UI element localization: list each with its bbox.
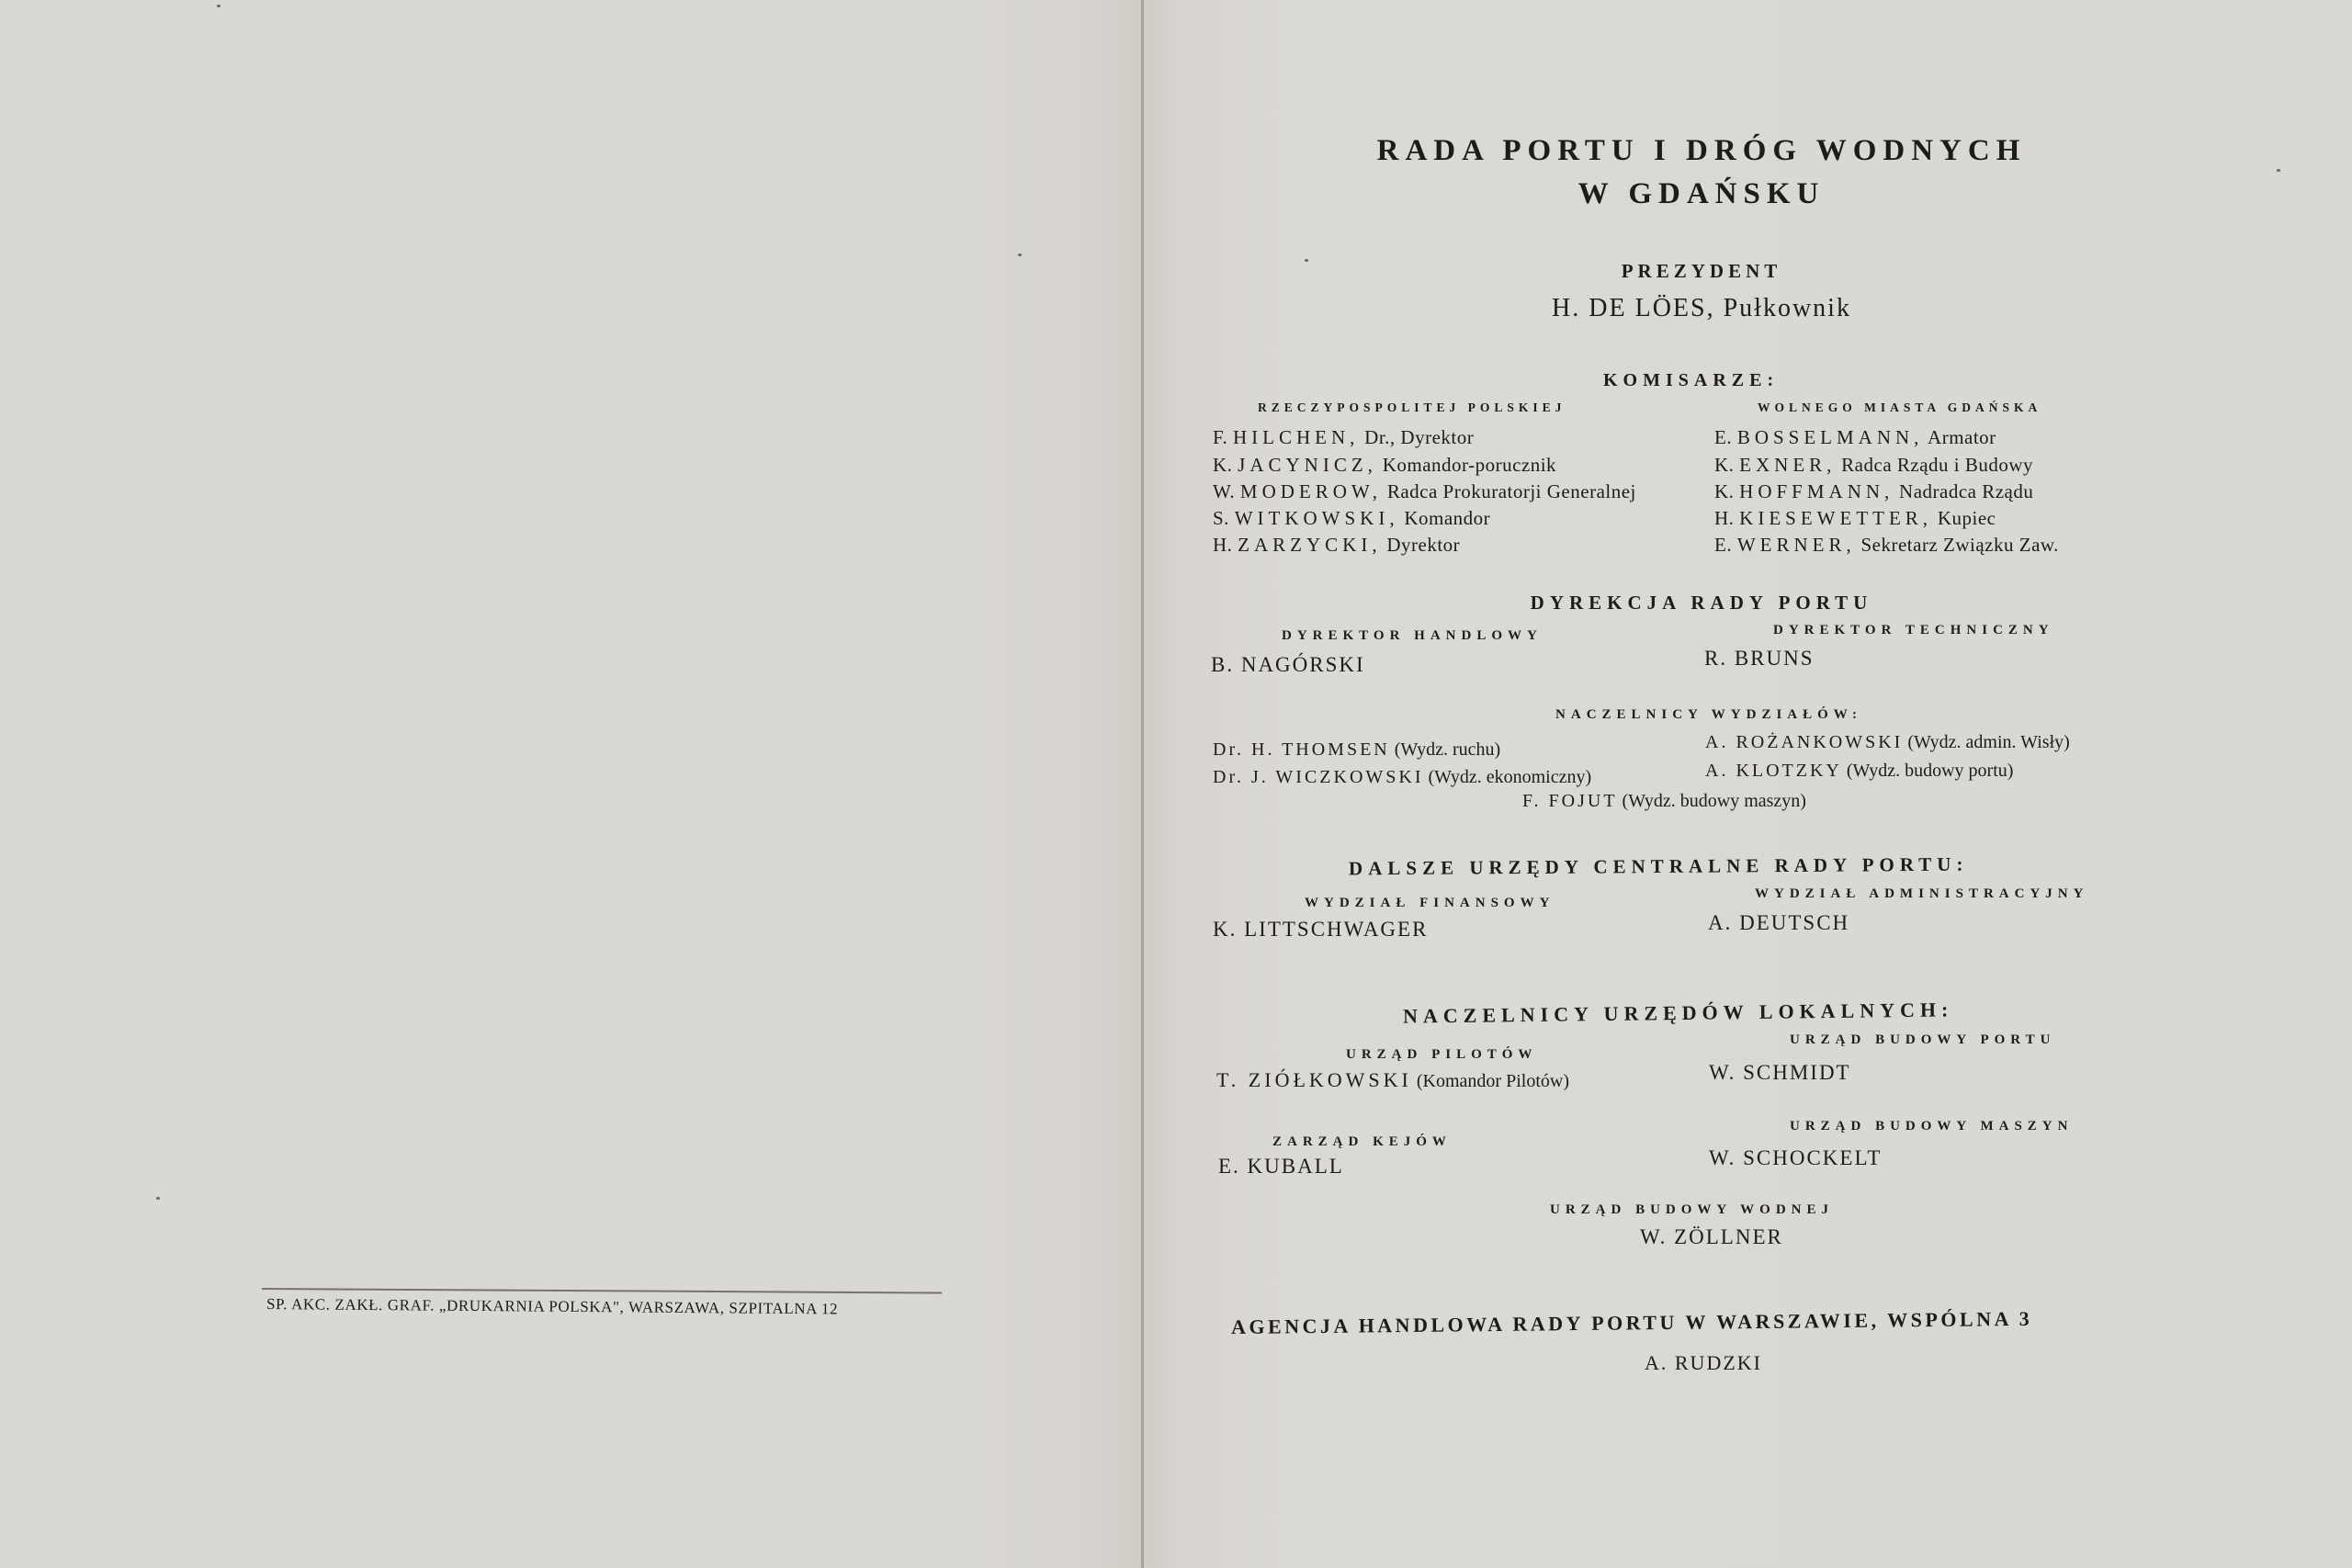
department-head-1: Dr. H. THOMSEN (Wydz. ruchu) bbox=[1213, 739, 1500, 761]
pilots-office-label: URZĄD PILOTÓW bbox=[1346, 1047, 1537, 1063]
left-page bbox=[0, 0, 1142, 1568]
president-role: Pułkownik bbox=[1724, 294, 1851, 322]
commissioner-danzig-5: E. WERNER, Sekretarz Związku Zaw. bbox=[1714, 534, 2059, 557]
commissioner-polish-4: S. WITKOWSKI, Komandor bbox=[1213, 507, 1490, 530]
paper-speck bbox=[1018, 254, 1022, 256]
president-entry: H. DE LÖES, Pułkownik bbox=[1552, 294, 1851, 323]
water-construction-office-head: W. ZÖLLNER bbox=[1640, 1225, 1783, 1249]
warsaw-agency-head: A. RUDZKI bbox=[1645, 1351, 1762, 1375]
technical-director-label: DYREKTOR TECHNICZNY bbox=[1773, 623, 2054, 638]
department-head-3: Dr. J. WICZKOWSKI (Wydz. ekonomiczny) bbox=[1213, 767, 1591, 788]
book-spine bbox=[1141, 0, 1144, 1568]
president-name: H. DE LÖES, bbox=[1552, 294, 1715, 322]
admin-department-head: A. DEUTSCH bbox=[1708, 911, 1849, 935]
water-construction-office-label: URZĄD BUDOWY WODNEJ bbox=[1550, 1202, 1834, 1218]
commissioners-danzig-label: WOLNEGO MIASTA GDAŃSKA bbox=[1758, 400, 2041, 415]
pilots-office-head: T. ZIÓŁKOWSKI (Komandor Pilotów) bbox=[1216, 1068, 1569, 1092]
commercial-director-label: DYREKTOR HANDLOWY bbox=[1282, 628, 1543, 644]
department-heads-label: NACZELNICY WYDZIAŁÓW: bbox=[1555, 707, 1862, 723]
page-title-line1: RADA PORTU I DRÓG WODNYCH bbox=[1377, 134, 2027, 168]
department-head-5: F. FOJUT (Wydz. budowy maszyn) bbox=[1522, 791, 1806, 812]
commissioner-polish-5: H. ZARZYCKI, Dyrektor bbox=[1213, 534, 1460, 557]
department-head-4: A. KLOTZKY (Wydz. budowy portu) bbox=[1705, 761, 2013, 782]
commissioner-danzig-3: K. HOFFMANN, Nadradca Rządu bbox=[1714, 480, 2033, 503]
paper-speck bbox=[217, 5, 220, 7]
commissioners-polish-label: RZECZYPOSPOLITEJ POLSKIEJ bbox=[1258, 400, 1566, 415]
commissioner-polish-3: W. MODEROW, Radca Prokuratorji Generalne… bbox=[1213, 480, 1636, 503]
department-head-2: A. ROŻANKOWSKI (Wydz. admin. Wisły) bbox=[1705, 732, 2070, 753]
paper-speck bbox=[2277, 169, 2280, 172]
machine-construction-office-head: W. SCHOCKELT bbox=[1709, 1146, 1882, 1170]
port-construction-office-label: URZĄD BUDOWY PORTU bbox=[1790, 1032, 2055, 1048]
commissioner-polish-1: F. HILCHEN, Dr., Dyrektor bbox=[1213, 426, 1474, 449]
technical-director-name: R. BRUNS bbox=[1704, 647, 1815, 671]
commissioner-danzig-1: E. BOSSELMANN, Armator bbox=[1714, 426, 1996, 449]
central-offices-heading: DALSZE URZĘDY CENTRALNE RADY PORTU: bbox=[1349, 853, 1969, 881]
page-title-line2: W GDAŃSKU bbox=[1578, 177, 1826, 211]
commissioner-polish-2: K. JACYNICZ, Komandor-porucznik bbox=[1213, 454, 1556, 477]
commissioners-heading: KOMISARZE: bbox=[1603, 370, 1779, 391]
quays-office-head: E. KUBALL bbox=[1218, 1155, 1344, 1179]
commissioner-danzig-4: H. KIESEWETTER, Kupiec bbox=[1714, 507, 1996, 530]
commercial-director-name: B. NAGÓRSKI bbox=[1211, 653, 1365, 677]
finance-department-head: K. LITTSCHWAGER bbox=[1213, 918, 1428, 942]
paper-speck bbox=[156, 1197, 160, 1200]
commissioner-danzig-2: K. EXNER, Radca Rządu i Budowy bbox=[1714, 454, 2033, 477]
president-label: PREZYDENT bbox=[1622, 260, 1782, 283]
finance-department-label: WYDZIAŁ FINANSOWY bbox=[1305, 896, 1555, 911]
admin-department-label: WYDZIAŁ ADMINISTRACYJNY bbox=[1755, 886, 2088, 902]
directorate-heading: DYREKCJA RADY PORTU bbox=[1531, 592, 1873, 615]
machine-construction-office-label: URZĄD BUDOWY MASZYN bbox=[1790, 1119, 2073, 1134]
paper-speck bbox=[1305, 259, 1308, 262]
port-construction-office-head: W. SCHMIDT bbox=[1709, 1061, 1851, 1085]
quays-office-label: ZARZĄD KEJÓW bbox=[1272, 1134, 1452, 1150]
